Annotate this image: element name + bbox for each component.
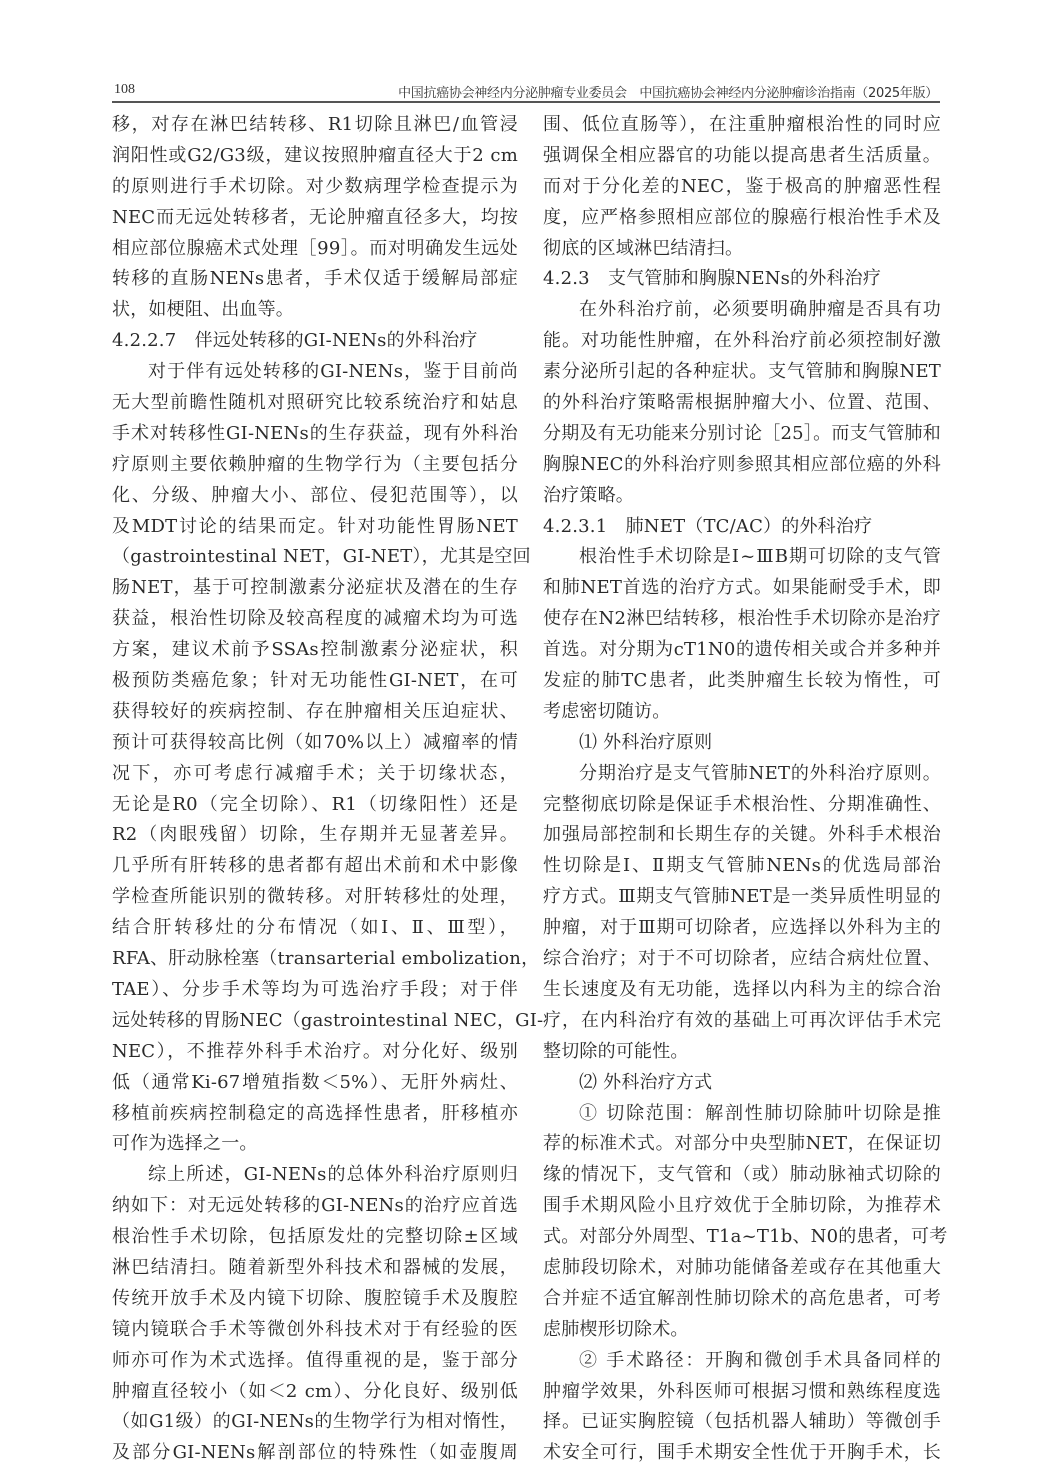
body-text-line: 能。对功能性肿瘤，在外科治疗前必须控制好激 <box>543 326 941 357</box>
body-text-line: （gastrointestinal NET，GI-NET），尤其是空回 <box>112 542 518 573</box>
body-text-line: 的原则进行手术切除。对少数病理学检查提示为 <box>112 172 518 203</box>
body-text-line: 肿瘤，对于Ⅲ期可切除者，应选择以外科为主的 <box>543 913 941 944</box>
body-text-line: 况下，亦可考虑行减瘤手术；关于切缘状态， <box>112 759 518 790</box>
body-text-line: 治疗策略。 <box>543 481 941 512</box>
body-text-line: 肠NET，基于可控制激素分泌症状及潜在的生存 <box>112 573 518 604</box>
body-text-line: 化、分级、肿瘤大小、部位、侵犯范围等），以 <box>112 481 518 512</box>
body-text-line: 极预防类癌危象；针对无功能性GI-NET，在可 <box>112 666 518 697</box>
body-text-line: 纳如下：对无远处转移的GI-NENs的治疗应首选 <box>112 1191 518 1222</box>
body-text-line: 相应部位腺癌术式处理［99］。而对明确发生远处 <box>112 234 518 265</box>
running-title: 中国抗癌协会神经内分泌肿瘤专业委员会 中国抗癌协会神经内分泌肿瘤诊治指南（202… <box>398 82 938 101</box>
body-text-line: 围、低位直肠等），在注重肿瘤根治性的同时应 <box>543 110 941 141</box>
paragraph-first-line: 综上所述，GI-NENs的总体外科治疗原则归 <box>112 1160 518 1191</box>
section-heading: 4.2.3 支气管肺和胸腺NENs的外科治疗 <box>543 264 941 295</box>
body-text-line: 虑肺楔形切除术。 <box>543 1315 941 1346</box>
body-text-line: RFA、肝动脉栓塞（transarterial embolization， <box>112 944 518 975</box>
body-text-line: 方案，建议术前予SSAs控制激素分泌症状，积 <box>112 635 518 666</box>
body-text-line: 远处转移的胃肠NEC（gastrointestinal NEC，GI- <box>112 1006 518 1037</box>
body-text-line: 几乎所有肝转移的患者都有超出术前和术中影像 <box>112 851 518 882</box>
body-text-line: 强调保全相应器官的功能以提高患者生活质量。 <box>543 141 941 172</box>
body-text-line: 胸腺NEC的外科治疗则参照其相应部位癌的外科 <box>543 450 941 481</box>
body-text-line: R2（肉眼残留）切除，生存期并无显著差异。 <box>112 820 518 851</box>
body-text-line: 首选。对分期为cT1N0的遗传相关或合并多种并 <box>543 635 941 666</box>
paragraph-first-line: ② 手术路径：开胸和微创手术具备同样的 <box>543 1346 941 1377</box>
body-text-line: 素分泌所引起的各种症状。支气管肺和胸腺NET <box>543 357 941 388</box>
body-text-line: 肿瘤学效果，外科医师可根据习惯和熟练程度选 <box>543 1377 941 1408</box>
body-text-line: 综合治疗；对于不可切除者，应结合病灶位置、 <box>543 944 941 975</box>
body-text-line: 及部分GI-NENs解剖部位的特殊性（如壶腹周 <box>112 1438 518 1469</box>
body-text-line: 性切除是Ⅰ、Ⅱ期支气管肺NENs的优选局部治 <box>543 851 941 882</box>
body-text-line: 虑肺段切除术，对肺功能储备差或存在其他重大 <box>543 1253 941 1284</box>
body-text-line: NEC），不推荐外科手术治疗。对分化好、级别 <box>112 1037 518 1068</box>
body-text-line: 移，对存在淋巴结转移、R1切除且淋巴/血管浸 <box>112 110 518 141</box>
section-heading: 4.2.2.7 伴远处转移的GI-NENs的外科治疗 <box>112 326 518 357</box>
body-text-line: 彻底的区域淋巴结清扫。 <box>543 234 941 265</box>
body-text-line: 及MDT讨论的结果而定。针对功能性胃肠NET <box>112 512 518 543</box>
body-text-line: 的外科治疗策略需根据肿瘤大小、位置、范围、 <box>543 388 941 419</box>
body-text-line: TAE）、分步手术等均为可选治疗手段；对于伴 <box>112 975 518 1006</box>
body-text-line: 分期及有无功能来分别讨论［25］。而支气管肺和 <box>543 419 941 450</box>
body-text-line: 淋巴结清扫。随着新型外科技术和器械的发展， <box>112 1253 518 1284</box>
paragraph-first-line: ① 切除范围：解剖性肺切除肺叶切除是推 <box>543 1099 941 1130</box>
body-text-line: 可作为选择之一。 <box>112 1129 518 1160</box>
body-text-line: 根治性手术切除，包括原发灶的完整切除±区域 <box>112 1222 518 1253</box>
body-text-line: 无大型前瞻性随机对照研究比较系统治疗和姑息 <box>112 388 518 419</box>
body-text-line: 镜内镜联合手术等微创外科技术对于有经验的医 <box>112 1315 518 1346</box>
body-text-line: 结合肝转移灶的分布情况（如Ⅰ、Ⅱ、Ⅲ型）， <box>112 913 518 944</box>
body-text-line: 移植前疾病控制稳定的高选择性患者，肝移植亦 <box>112 1099 518 1130</box>
body-text-line: 整切除的可能性。 <box>543 1037 941 1068</box>
body-text-line: 传统开放手术及内镜下切除、腹腔镜手术及腹腔 <box>112 1284 518 1315</box>
body-text-line: 状，如梗阻、出血等。 <box>112 295 518 326</box>
body-text-line: 转移的直肠NENs患者，手术仅适于缓解局部症 <box>112 264 518 295</box>
paragraph-first-line: 分期治疗是支气管肺NET的外科治疗原则。 <box>543 759 941 790</box>
page-number: 108 <box>114 82 135 98</box>
body-text-line: 疗，在内科治疗有效的基础上可再次评估手术完 <box>543 1006 941 1037</box>
body-text-line: 术安全可行，围手术期安全性优于开胸手术，长 <box>543 1438 941 1469</box>
body-text-line: 获益，根治性切除及较高程度的减瘤术均为可选 <box>112 604 518 635</box>
page-header: 108 中国抗癌协会神经内分泌肿瘤专业委员会 中国抗癌协会神经内分泌肿瘤诊治指南… <box>112 80 940 103</box>
subsection-heading: ⑴ 外科治疗原则 <box>543 728 941 759</box>
right-column: 围、低位直肠等），在注重肿瘤根治性的同时应强调保全相应器官的功能以提高患者生活质… <box>543 110 941 1469</box>
body-text-line: （如G1级）的GI-NENs的生物学行为相对惰性， <box>112 1407 518 1438</box>
body-text-line: 和肺NET首选的治疗方式。如果能耐受手术，即 <box>543 573 941 604</box>
body-text-line: 缘的情况下，支气管和（或）肺动脉袖式切除的 <box>543 1160 941 1191</box>
body-text-line: 低（通常Ki-67增殖指数＜5%）、无肝外病灶、 <box>112 1068 518 1099</box>
body-text-line: 预计可获得较高比例（如70%以上）减瘤率的情 <box>112 728 518 759</box>
body-text-line: 度，应严格参照相应部位的腺癌行根治性手术及 <box>543 203 941 234</box>
body-text-line: 学检查所能识别的微转移。对肝转移灶的处理， <box>112 882 518 913</box>
body-text-line: 式。对部分外周型、T1a~T1b、N0的患者，可考 <box>543 1222 941 1253</box>
body-text-line: 获得较好的疾病控制、存在肿瘤相关压迫症状、 <box>112 697 518 728</box>
body-text-line: 无论是R0（完全切除）、R1（切缘阳性）还是 <box>112 790 518 821</box>
body-text-line: 手术对转移性GI-NENs的生存获益，现有外科治 <box>112 419 518 450</box>
body-text-line: 发症的肺TC患者，此类肿瘤生长较为惰性，可 <box>543 666 941 697</box>
subsection-heading: ⑵ 外科治疗方式 <box>543 1068 941 1099</box>
body-text-line: NEC而无远处转移者，无论肿瘤直径多大，均按 <box>112 203 518 234</box>
body-text-line: 润阳性或G2/G3级，建议按照肿瘤直径大于2 cm <box>112 141 518 172</box>
body-text-line: 择。已证实胸腔镜（包括机器人辅助）等微创手 <box>543 1407 941 1438</box>
paragraph-first-line: 在外科治疗前，必须要明确肿瘤是否具有功 <box>543 295 941 326</box>
body-text-line: 加强局部控制和长期生存的关键。外科手术根治 <box>543 820 941 851</box>
body-text-line: 而对于分化差的NEC，鉴于极高的肿瘤恶性程 <box>543 172 941 203</box>
body-text-line: 合并症不适宜解剖性肺切除术的高危患者，可考 <box>543 1284 941 1315</box>
body-text-line: 生长速度及有无功能，选择以内科为主的综合治 <box>543 975 941 1006</box>
body-text-line: 考虑密切随访。 <box>543 697 941 728</box>
left-column: 移，对存在淋巴结转移、R1切除且淋巴/血管浸润阳性或G2/G3级，建议按照肿瘤直… <box>112 110 518 1469</box>
body-text-line: 完整彻底切除是保证手术根治性、分期准确性、 <box>543 790 941 821</box>
body-text-line: 疗方式。Ⅲ期支气管肺NET是一类异质性明显的 <box>543 882 941 913</box>
section-heading: 4.2.3.1 肺NET（TC/AC）的外科治疗 <box>543 512 941 543</box>
body-text-line: 肿瘤直径较小（如＜2 cm）、分化良好、级别低 <box>112 1377 518 1408</box>
body-text-line: 师亦可作为术式选择。值得重视的是，鉴于部分 <box>112 1346 518 1377</box>
paragraph-first-line: 根治性手术切除是Ⅰ~ⅢB期可切除的支气管 <box>543 542 941 573</box>
body-text-line: 荐的标准术式。对部分中央型肺NET，在保证切 <box>543 1129 941 1160</box>
body-text-line: 疗原则主要依赖肿瘤的生物学行为（主要包括分 <box>112 450 518 481</box>
body-text-line: 使存在N2淋巴结转移，根治性手术切除亦是治疗 <box>543 604 941 635</box>
paragraph-first-line: 对于伴有远处转移的GI-NENs，鉴于目前尚 <box>112 357 518 388</box>
body-text-line: 围手术期风险小且疗效优于全肺切除，为推荐术 <box>543 1191 941 1222</box>
